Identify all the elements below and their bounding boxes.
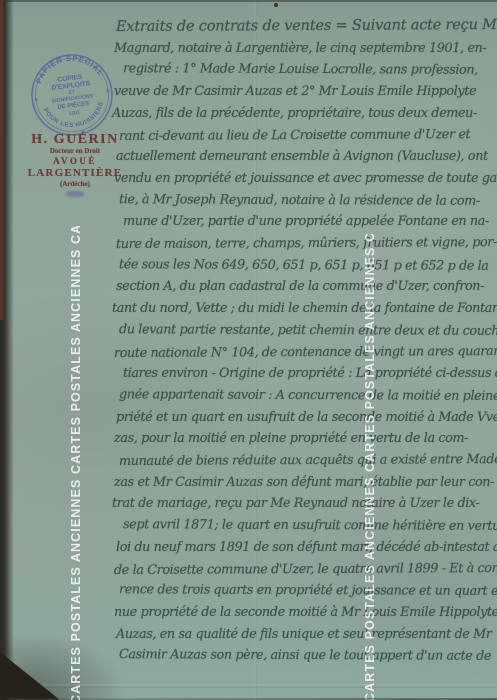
manuscript-text: Extraits de contrats de ventes = Suivant… [116,16,497,667]
manuscript-line: priété et un quart en usufruit de la sec… [116,407,497,429]
avoue-role: AVOUÉ [14,156,136,167]
manuscript-line: Auzas, fils de la précédente, propriétai… [112,103,493,125]
manuscript-line: nue propriété de la seconde moitié à Mr … [114,602,495,624]
stamp-center-line-number: 1201 [68,110,80,117]
manuscript-line: ture de maison, terre, champs, mûriers, … [116,232,497,256]
avoue-office-stamp: H. GUÉRIN Docteur en Droit AVOUÉ LARGENT… [14,133,136,197]
manuscript-line: loi du neuf mars 1891 de son défunt mari… [116,537,497,559]
manuscript-line: Extraits de contrats de ventes = Suivant… [116,15,497,39]
manuscript-line: tiares environ - Origine de propriété : … [123,363,497,385]
manuscript-line: rant ci-devant au lieu de La Croisette c… [119,124,497,148]
manuscript-line: sept avril 1871; le quart en usufruit co… [123,514,497,537]
manuscript-line: Auzas, en sa qualité de fils unique et s… [116,624,497,646]
manuscript-line: zas et Mr Casimir Auzas son défunt mari,… [114,472,495,494]
manuscript-line: zas, pour la moitié en pleine propriété … [114,428,495,450]
ink-speck [274,3,278,7]
manuscript-line: tie, à Mr Joseph Reynaud, notaire à la r… [119,189,497,212]
stamp-center-line-et: ET [68,89,75,95]
manuscript-line: mune d'Uzer, partie d'une propriété appe… [123,211,497,233]
manuscript-line: actuellement demeurant ensemble à Avigno… [116,146,497,168]
watermark-right-column: CARTES POSTALES ANCIENNES CARTES POSTALE… [363,234,378,700]
corner-shadow-bottom-left [0,652,60,700]
stamp-star-right-icon: ✳ [105,88,111,95]
registration-mark [66,191,84,197]
manuscript-line: de la Croisette commune d'Uzer, le quatr… [114,558,495,582]
avoue-name: H. GUÉRIN [14,133,136,147]
document-photo: PAPIER SPÉCIAL POUR LES HUISSIERS ✳ ✳ CO… [0,0,497,700]
manuscript-line: Casimir Auzas son père, ainsi que le tou… [119,645,497,668]
stamp-star-left-icon: ✳ [34,97,40,104]
avoue-title: Docteur en Droit [14,147,136,156]
watermark-left-column: CARTES POSTALES ANCIENNES CARTES POSTALE… [69,226,84,700]
manuscript-line: vendu en propriété et jouissance et avec… [114,168,495,190]
manuscript-line: registré : 1° Made Marie Louise Locrolle… [123,59,497,82]
manuscript-line: tée sous les Nos 649, 650, 651 p, 651 p,… [119,254,497,277]
manuscript-line: veuve de Mr Casimir Auzas et 2° Mr Louis… [114,81,495,103]
manuscript-line: section A, du plan cadastral de la commu… [116,276,497,298]
manuscript-line: trat de mariage, reçu par Me Reynaud not… [112,493,493,515]
avoue-department: (Ardèche) [14,180,136,189]
manuscript-line: route nationale N° 104, de contenance de… [114,341,495,365]
avoue-city: LARGENTIÈRE [14,167,136,180]
manuscript-line: rence des trois quarts en propriété et j… [119,579,497,602]
page-edge-red-line [0,0,3,320]
manuscript-line: du levant partie restante, petit chemin … [119,319,497,342]
manuscript-line: tant du nord, Vette ; du midi le chemin … [112,298,493,320]
manuscript-line: munauté de biens réduite aux acquêts qui… [119,449,497,473]
manuscript-line: Magnard, notaire à Largentière, le cinq … [114,38,495,60]
page-edge-top [0,0,497,2]
manuscript-line: gnée appartenait savoir : A concurrence … [119,384,497,407]
